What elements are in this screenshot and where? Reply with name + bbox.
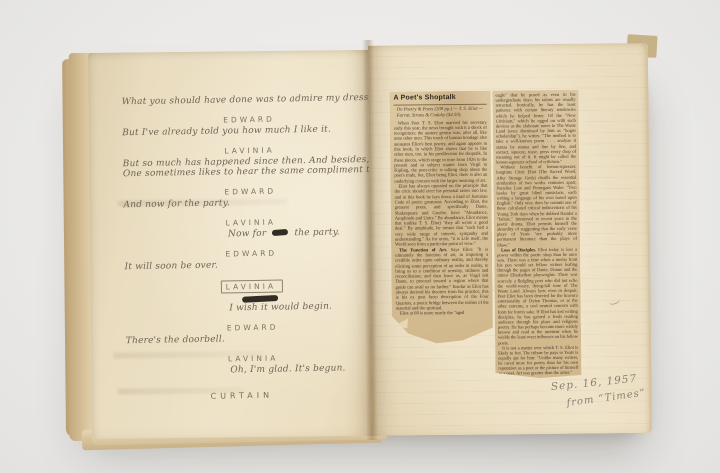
photo-background: What you should have done was to admire … — [0, 0, 720, 473]
right-page: A Poet's Shoptalk On Poetry & Poets (308… — [368, 43, 652, 436]
clipping-paragraph: When Poet T. S. Eliot married his secret… — [394, 120, 488, 185]
dialogue-line: But I've already told you how much I lik… — [122, 124, 368, 138]
clipping-section-lead: Loss of Disciples. — [501, 247, 538, 252]
dialogue-line: And now for the party. — [123, 196, 369, 210]
paper-fold — [392, 316, 408, 328]
clipping-paragraph: Eliot at 68 is more nearly the "aged — [396, 311, 489, 317]
dialogue-line: What you should have done was to admire … — [122, 93, 368, 107]
handwritten-script: What you should have done was to admire … — [88, 50, 372, 403]
clipping-paragraph: The Function of Art. Says Eliot: "It is … — [395, 247, 489, 312]
dialogue-line: I wish it would begin. — [229, 301, 371, 313]
clipping-paragraph: Loss of Disciples. Eliot today is less a… — [497, 246, 578, 345]
scrapbook: What you should have done was to admire … — [68, 37, 656, 443]
clipping-paragraph: It is not a matter over which T. S. Elio… — [498, 344, 578, 376]
clipping-paragraph: Eliot has always operated on the princip… — [394, 184, 488, 249]
clipping-paragraph: eagle" that he posed as even in his unde… — [495, 92, 576, 165]
clipping-section-lead: The Function of Art. — [399, 248, 451, 254]
clipping-body-column-2: eagle" that he posed as even in his unde… — [495, 92, 578, 376]
clipping-byline: On Poetry & Poets (308 pp.) — T. S. Elio… — [397, 107, 487, 119]
newspaper-clipping-column-1: A Poet's Shoptalk On Poetry & Poets (308… — [389, 91, 493, 344]
clipping-headline: A Poet's Shoptalk — [393, 94, 486, 106]
dialogue-line-with-strikeout: Now for the party. — [228, 227, 370, 239]
clipping-paragraph: Without benefit of lemon-squeezer, longt… — [496, 164, 577, 247]
dialogue-line: It will soon be over. — [124, 258, 370, 272]
newspaper-clipping-column-2: eagle" that he posed as even in his unde… — [492, 90, 581, 379]
pencil-squiggle — [608, 296, 621, 306]
stage-direction: CURTAIN — [117, 389, 367, 402]
dialogue-line: There's the doorbell. — [126, 332, 372, 346]
clipping-body-column-1: When Poet T. S. Eliot married his secret… — [394, 120, 489, 317]
left-page: What you should have done was to admire … — [88, 50, 372, 439]
ink-scribble-mark — [242, 294, 278, 302]
dialogue-line: Oh, I'm glad. It's begun. — [230, 363, 372, 375]
strikeout-mark — [272, 228, 288, 235]
date-annotation: Sep. 16, 1957 from “Times” — [550, 372, 646, 410]
